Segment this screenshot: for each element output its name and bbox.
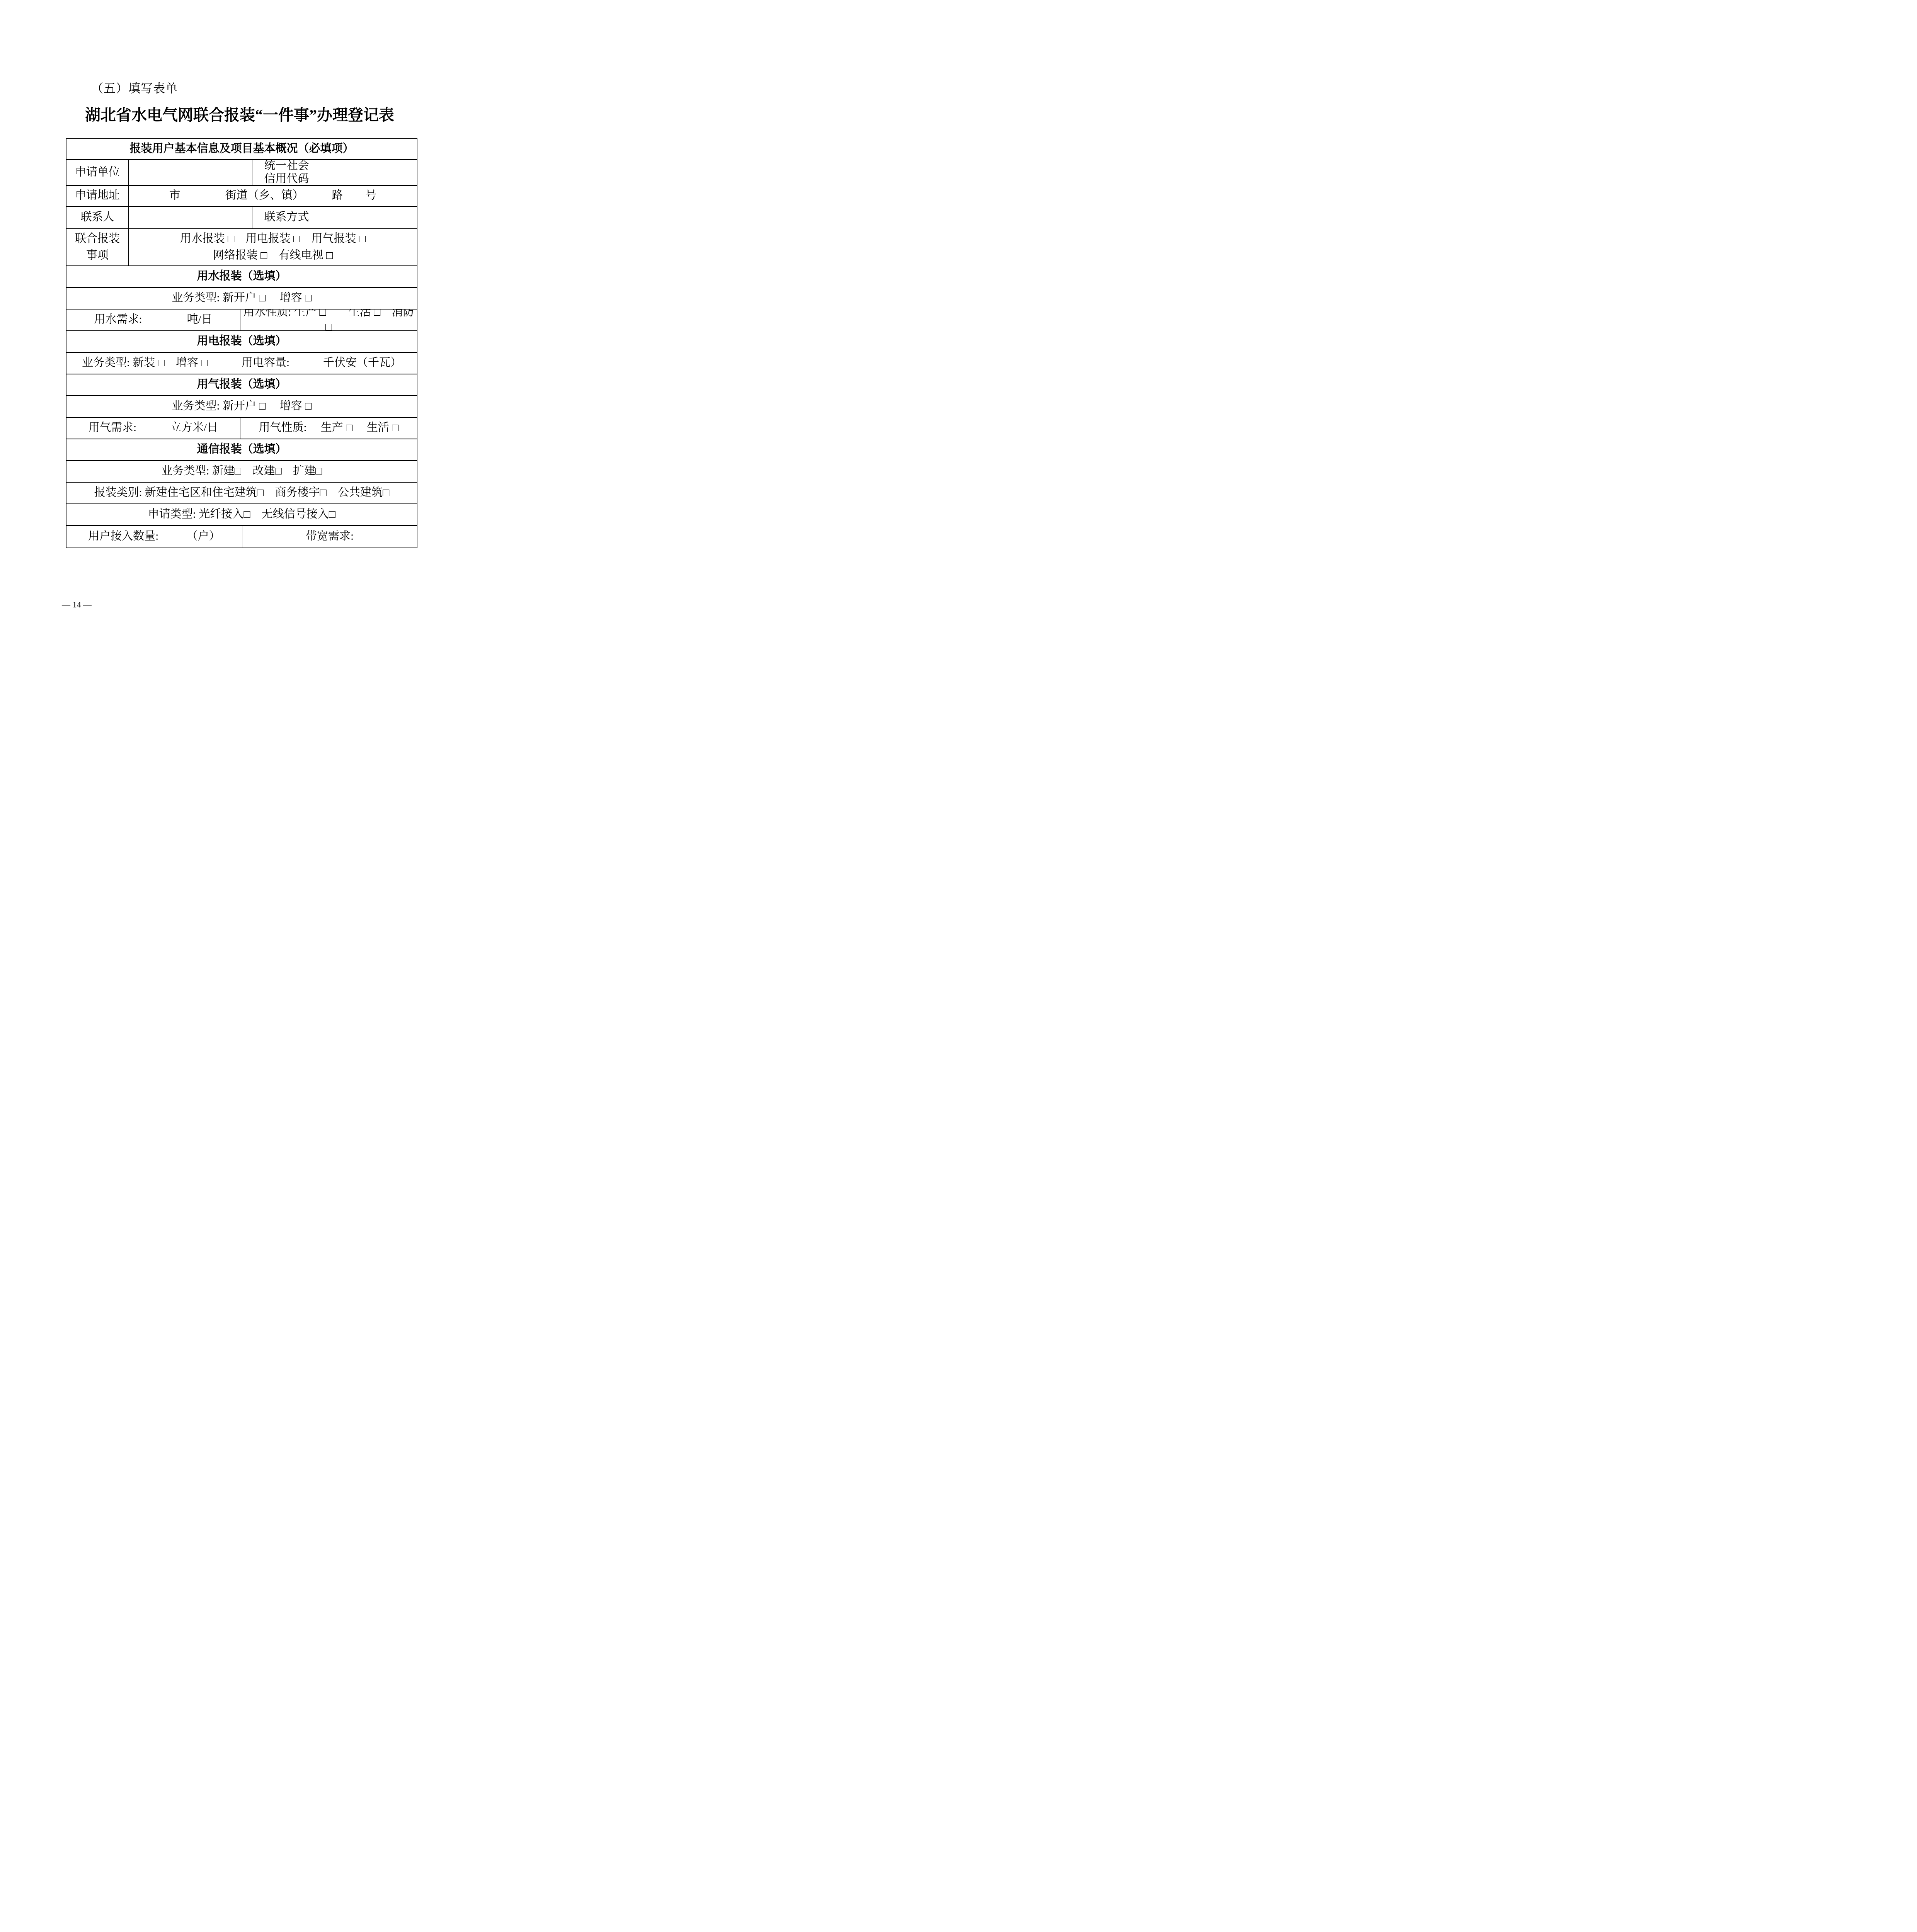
document-page: （五）填写表单 湖北省水电气网联合报装“一件事”办理登记表 报装用户基本信息及项… xyxy=(0,0,479,678)
address-value: 市 街道（乡、镇） 路 号 xyxy=(129,186,417,206)
water-business-type: 业务类型: 新开户 □ 增容 □ xyxy=(66,288,417,309)
power-business-line: 业务类型: 新装 □ 增容 □ 用电容量: 千伏安（千瓦） xyxy=(66,353,417,374)
row-gas-business-type: 业务类型: 新开户 □ 增容 □ xyxy=(66,396,417,418)
credit-code-value-blank xyxy=(321,160,417,185)
joint-items-label: 联合报装 事项 xyxy=(66,229,129,265)
applicant-label: 申请单位 xyxy=(66,160,129,185)
water-nature: 用水性质: 生产 □ 生活 □ 消防 □ xyxy=(240,310,417,330)
joint-items-options-line2: 网络报装 □ 有线电视 □ xyxy=(213,247,333,264)
row-power-business-type: 业务类型: 新装 □ 增容 □ 用电容量: 千伏安（千瓦） xyxy=(66,353,417,374)
row-applicant: 申请单位 统一社会 信用代码 xyxy=(66,160,417,186)
section-heading: （五）填写表单 xyxy=(91,78,178,96)
row-contact: 联系人 联系方式 xyxy=(66,207,417,229)
joint-items-options: 用水报装 □ 用电报装 □ 用气报装 □ 网络报装 □ 有线电视 □ xyxy=(129,229,417,265)
gas-demand: 用气需求: 立方米/日 xyxy=(66,418,240,439)
contact-value-blank xyxy=(129,207,252,228)
row-water-section: 用水报装（选填） xyxy=(66,266,417,288)
row-telecom-business-type: 业务类型: 新建□ 改建□ 扩建□ xyxy=(66,461,417,483)
telecom-business-type: 业务类型: 新建□ 改建□ 扩建□ xyxy=(66,461,417,482)
gas-nature: 用气性质: 生产 □ 生活 □ xyxy=(240,418,417,439)
row-joint-items: 联合报装 事项 用水报装 □ 用电报装 □ 用气报装 □ 网络报装 □ 有线电视… xyxy=(66,229,417,266)
row-telecom-access: 用户接入数量: （户） 带宽需求: xyxy=(66,526,417,548)
credit-code-label-line2: 信用代码 xyxy=(264,173,309,185)
telecom-bandwidth: 带宽需求: xyxy=(242,526,417,548)
row-gas-section: 用气报装（选填） xyxy=(66,374,417,396)
row-telecom-section: 通信报装（选填） xyxy=(66,439,417,461)
address-label: 申请地址 xyxy=(66,186,129,206)
contact-label: 联系人 xyxy=(66,207,129,228)
row-telecom-category: 报装类别: 新建住宅区和住宅建筑□ 商务楼宇□ 公共建筑□ xyxy=(66,483,417,504)
telecom-apply-type: 申请类型: 光纤接入□ 无线信号接入□ xyxy=(66,504,417,525)
contact-phone-value-blank xyxy=(321,207,417,228)
table-header-cell: 报装用户基本信息及项目基本概况（必填项） xyxy=(66,139,417,159)
doc-title: 湖北省水电气网联合报装“一件事”办理登记表 xyxy=(0,103,479,125)
credit-code-label: 统一社会 信用代码 xyxy=(252,160,321,185)
joint-items-options-line1: 用水报装 □ 用电报装 □ 用气报装 □ xyxy=(180,231,366,248)
water-section-title: 用水报装（选填） xyxy=(66,266,417,287)
water-demand: 用水需求: 吨/日 xyxy=(66,310,240,330)
telecom-access-count: 用户接入数量: （户） xyxy=(66,526,242,548)
power-section-title: 用电报装（选填） xyxy=(66,331,417,352)
applicant-value-blank xyxy=(129,160,252,185)
row-power-section: 用电报装（选填） xyxy=(66,331,417,353)
joint-items-label-line2: 事项 xyxy=(86,247,109,264)
gas-business-type: 业务类型: 新开户 □ 增容 □ xyxy=(66,396,417,417)
registration-form-table: 报装用户基本信息及项目基本概况（必填项） 申请单位 统一社会 信用代码 申请地址… xyxy=(66,138,417,548)
row-water-demand: 用水需求: 吨/日 用水性质: 生产 □ 生活 □ 消防 □ xyxy=(66,310,417,331)
row-gas-demand: 用气需求: 立方米/日 用气性质: 生产 □ 生活 □ xyxy=(66,418,417,439)
contact-phone-label: 联系方式 xyxy=(252,207,321,228)
row-telecom-apply-type: 申请类型: 光纤接入□ 无线信号接入□ xyxy=(66,504,417,526)
row-table-header: 报装用户基本信息及项目基本概况（必填项） xyxy=(66,139,417,160)
credit-code-label-line1: 统一社会 xyxy=(264,160,309,173)
telecom-category: 报装类别: 新建住宅区和住宅建筑□ 商务楼宇□ 公共建筑□ xyxy=(66,483,417,503)
gas-section-title: 用气报装（选填） xyxy=(66,374,417,395)
row-address: 申请地址 市 街道（乡、镇） 路 号 xyxy=(66,186,417,207)
page-number: — 14 — xyxy=(62,600,92,610)
row-water-business-type: 业务类型: 新开户 □ 增容 □ xyxy=(66,288,417,310)
joint-items-label-line1: 联合报装 xyxy=(75,231,120,248)
telecom-section-title: 通信报装（选填） xyxy=(66,439,417,460)
